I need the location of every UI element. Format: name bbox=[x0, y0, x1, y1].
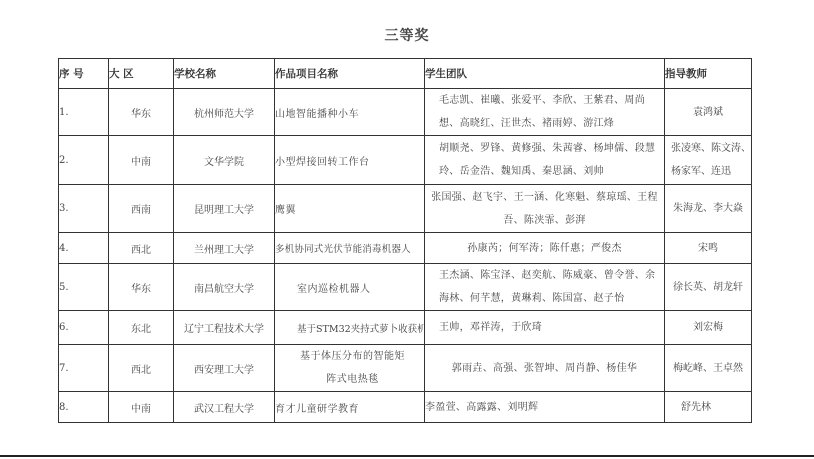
cell-project: 育才儿童研学教育 bbox=[275, 392, 425, 423]
table-row: 2. 中南 文华学院 小型焊接回转工作台 胡顺尧、罗锋、黄修强、朱茜睿、杨坤儒、… bbox=[59, 136, 752, 185]
table-row: 5. 华东 南昌航空大学 室内巡检机器人 王杰涵、陈宝泽、赵奕航、陈威豪、曾令誉… bbox=[59, 264, 752, 311]
cell-project: 鹰翼 bbox=[275, 185, 425, 233]
header-teacher: 指导教师 bbox=[665, 59, 752, 89]
cell-school: 辽宁工程技术大学 bbox=[174, 311, 275, 345]
table-header-row: 序 号 大 区 学校名称 作品项目名称 学生团队 指导教师 bbox=[59, 59, 752, 89]
cell-team: 孙康芮；何军涛；陈仟惠；严俊杰 bbox=[425, 233, 665, 264]
cell-school: 南昌航空大学 bbox=[174, 264, 275, 311]
cell-project: 小型焊接回转工作台 bbox=[275, 136, 425, 185]
cell-teacher: 宋鸣 bbox=[665, 233, 752, 264]
cell-region: 西北 bbox=[109, 345, 174, 392]
header-region: 大 区 bbox=[109, 59, 174, 89]
cell-region: 东北 bbox=[109, 311, 174, 345]
cell-school: 文华学院 bbox=[174, 136, 275, 185]
cell-region: 华东 bbox=[109, 89, 174, 136]
cell-region: 华东 bbox=[109, 264, 174, 311]
cell-region: 西北 bbox=[109, 233, 174, 264]
cell-no: 8. bbox=[59, 392, 109, 423]
cell-no: 7. bbox=[59, 345, 109, 392]
cell-no: 3. bbox=[59, 185, 109, 233]
cell-team: 李盈萱、高露露、刘明辉 bbox=[425, 392, 665, 423]
cell-teacher: 刘宏梅 bbox=[665, 311, 752, 345]
cell-project: 多机协同式光伏节能消毒机器人 bbox=[275, 233, 425, 264]
table-row: 4. 西北 兰州理工大学 多机协同式光伏节能消毒机器人 孙康芮；何军涛；陈仟惠；… bbox=[59, 233, 752, 264]
table-row: 8. 中南 武汉工程大学 育才儿童研学教育 李盈萱、高露露、刘明辉 舒先林 bbox=[59, 392, 752, 423]
cell-project: 室内巡检机器人 bbox=[275, 264, 425, 311]
header-project: 作品项目名称 bbox=[275, 59, 425, 89]
cell-teacher: 徐长英、胡龙轩 bbox=[665, 264, 752, 311]
cell-school: 西安理工大学 bbox=[174, 345, 275, 392]
cell-teacher: 舒先林 bbox=[665, 392, 752, 423]
cell-teacher: 张凌寒、陈文涛、杨家军、连迅 bbox=[665, 136, 752, 185]
header-team: 学生团队 bbox=[425, 59, 665, 89]
header-school: 学校名称 bbox=[174, 59, 275, 89]
table-row: 7. 西北 西安理工大学 基于体压分布的智能矩阵式电热毯 郭雨垚、高强、张智坤、… bbox=[59, 345, 752, 392]
cell-team: 胡顺尧、罗锋、黄修强、朱茜睿、杨坤儒、段慧玲、岳金浩、魏知禹、秦思涵、刘帅 bbox=[425, 136, 665, 185]
cell-no: 2. bbox=[59, 136, 109, 185]
cell-team: 郭雨垚、高强、张智坤、周肖静、杨佳华 bbox=[425, 345, 665, 392]
cell-teacher: 袁鸿斌 bbox=[665, 89, 752, 136]
table-row: 3. 西南 昆明理工大学 鹰翼 张国强、赵飞宇、王一涵、化寒魁、蔡琼瑶、王程吾、… bbox=[59, 185, 752, 233]
cell-project: 基于STM32夹持式萝卜收获机 bbox=[275, 311, 425, 345]
cell-team: 张国强、赵飞宇、王一涵、化寒魁、蔡琼瑶、王程吾、陈浃霏、彭湃 bbox=[425, 185, 665, 233]
cell-team: 王帅，邓祥涛，于欣琦 bbox=[425, 311, 665, 345]
header-no: 序 号 bbox=[59, 59, 109, 89]
cell-project: 基于体压分布的智能矩阵式电热毯 bbox=[275, 345, 425, 392]
cell-team: 毛志凯、崔曦、张爱平、李欣、王紫君、周尚想、高晓红、汪世杰、褚雨婷、游江烽 bbox=[425, 89, 665, 136]
cell-no: 4. bbox=[59, 233, 109, 264]
table-row: 6. 东北 辽宁工程技术大学 基于STM32夹持式萝卜收获机 王帅，邓祥涛，于欣… bbox=[59, 311, 752, 345]
cell-teacher: 朱海龙、李大焱 bbox=[665, 185, 752, 233]
cell-region: 西南 bbox=[109, 185, 174, 233]
cell-school: 杭州师范大学 bbox=[174, 89, 275, 136]
cell-teacher: 梅屹峰、王卓然 bbox=[665, 345, 752, 392]
cell-project: 山地智能播种小车 bbox=[275, 89, 425, 136]
page-bottom-rule bbox=[0, 455, 814, 457]
cell-region: 中南 bbox=[109, 136, 174, 185]
cell-team: 王杰涵、陈宝泽、赵奕航、陈威豪、曾令誉、余海林、何芊慧，黄琳莉、陈国富、赵子怡 bbox=[425, 264, 665, 311]
cell-region: 中南 bbox=[109, 392, 174, 423]
cell-no: 5. bbox=[59, 264, 109, 311]
award-table: 序 号 大 区 学校名称 作品项目名称 学生团队 指导教师 1. 华东 杭州师范… bbox=[58, 58, 752, 423]
table-row: 1. 华东 杭州师范大学 山地智能播种小车 毛志凯、崔曦、张爱平、李欣、王紫君、… bbox=[59, 89, 752, 136]
cell-no: 6. bbox=[59, 311, 109, 345]
cell-school: 兰州理工大学 bbox=[174, 233, 275, 264]
cell-school: 昆明理工大学 bbox=[174, 185, 275, 233]
cell-no: 1. bbox=[59, 89, 109, 136]
cell-school: 武汉工程大学 bbox=[174, 392, 275, 423]
section-title: 三等奖 bbox=[0, 25, 814, 45]
